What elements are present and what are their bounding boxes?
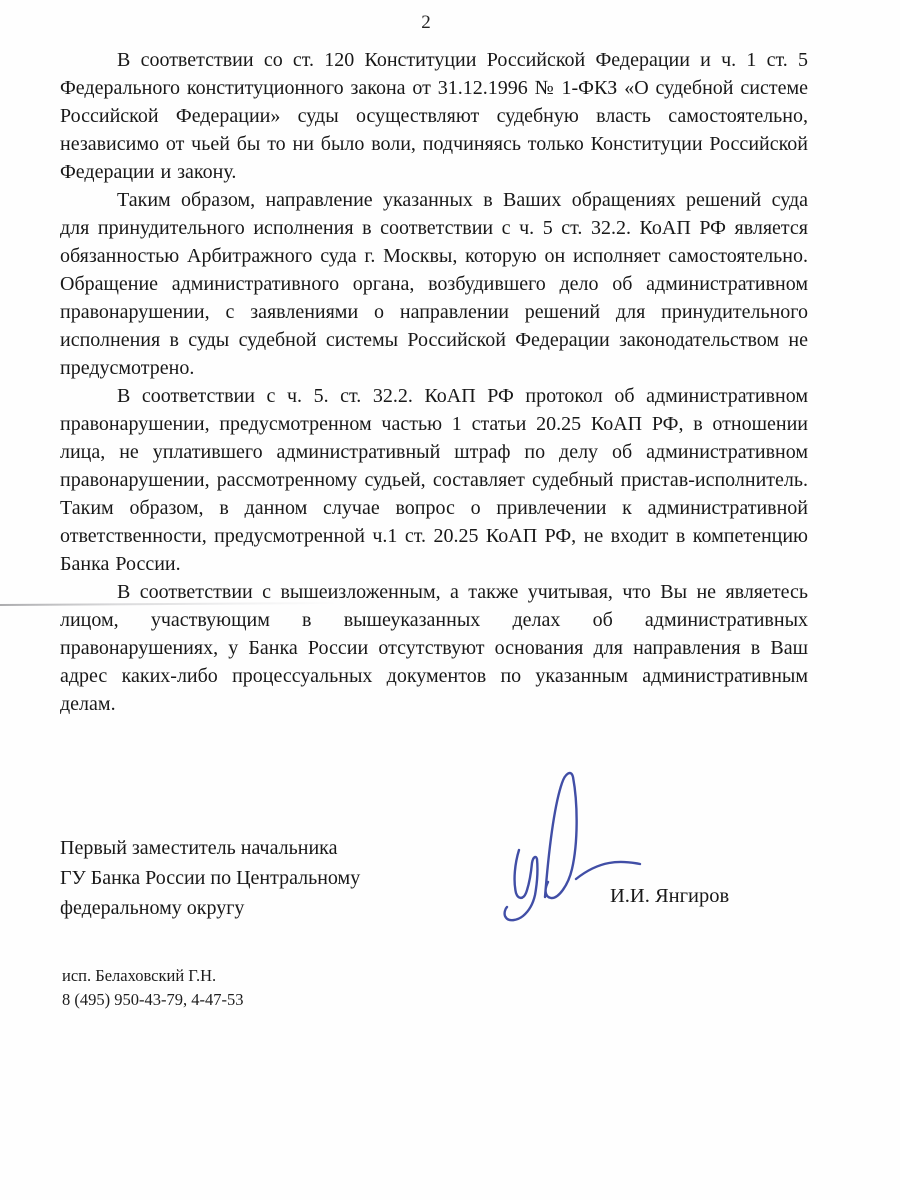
scanned-letter-page: 2 В соответствии со ст. 120 Конституции …	[0, 0, 900, 1200]
executor-phone: 8 (495) 950-43-79, 4-47-53	[62, 988, 243, 1012]
signature-stroke-dash	[576, 862, 640, 879]
signature-title-line: федеральному округу	[60, 893, 360, 923]
signature-stroke-i	[505, 850, 538, 920]
signature-stroke-loop	[545, 773, 577, 898]
paragraph: Таким образом, направление указанных в В…	[60, 186, 808, 382]
paragraph: В соответствии с ч. 5. ст. 32.2. КоАП РФ…	[60, 382, 808, 578]
executor-note: исп. Белаховский Г.Н.	[62, 964, 243, 988]
signature-title-line: ГУ Банка России по Центральному	[60, 863, 360, 893]
executor-footer: исп. Белаховский Г.Н. 8 (495) 950-43-79,…	[62, 964, 243, 1012]
signer-name: И.И. Янгиров	[610, 885, 729, 908]
paragraph: В соответствии со ст. 120 Конституции Ро…	[60, 46, 808, 186]
signature-title-line: Первый заместитель начальника	[60, 833, 360, 863]
page-number: 2	[0, 12, 852, 34]
letter-body: В соответствии со ст. 120 Конституции Ро…	[60, 46, 808, 718]
signature-title-block: Первый заместитель начальника ГУ Банка Р…	[60, 833, 360, 923]
paragraph: В соответствии с вышеизложенным, а также…	[60, 578, 808, 718]
